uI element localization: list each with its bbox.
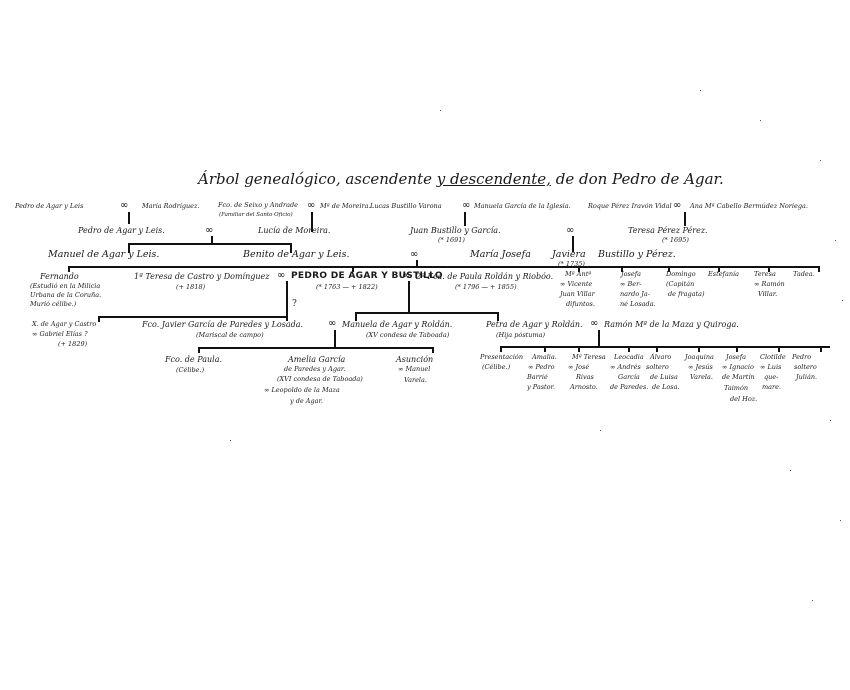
title-part-c: de don Pedro de Agar. (556, 170, 724, 188)
connector (286, 281, 288, 321)
connector (500, 346, 830, 348)
grandchild-note: Varela. (404, 377, 427, 385)
sibling-note: ∞ Ber- (620, 281, 641, 289)
grandchild-note: ∞ Ignacio (722, 364, 754, 372)
child-x-agar-castro: X. de Agar y Castro (32, 321, 96, 329)
sibling-tadea: Tadea. (793, 271, 815, 279)
marriage-symbol: ∞ (277, 271, 285, 281)
grandchild-note: ∞ Pedro (528, 364, 555, 372)
sibling-fernando-note-3: Murió célibe.) (30, 301, 76, 309)
ancestor-manuela-garcia: Manuela García de la Iglesia. (474, 203, 571, 211)
genealogy-page: Árbol genealógico, ascendente y descende… (0, 0, 850, 690)
grandchild-note: del Hoz. (730, 396, 757, 404)
grandchild-clotilde: Clotilde (760, 354, 786, 362)
title-part-a: Árbol genealógico, ascendente (198, 170, 432, 188)
sibling-note: de fragata) (668, 291, 705, 299)
scan-speck (790, 470, 791, 471)
grandchild-note: (XVI condesa de Taboada) (277, 376, 363, 384)
scan-speck (700, 90, 701, 91)
sibling-domingo: Domingo (666, 271, 696, 279)
grandchild-note: Taimón (724, 385, 748, 393)
connector (698, 346, 700, 352)
connector (198, 347, 200, 353)
grandchild-note: (Célibe.) (176, 367, 204, 375)
grandchild-note: ∞ Manuel (398, 366, 430, 374)
connector (128, 243, 291, 245)
marriage-symbol: ∞ (410, 250, 418, 260)
marriage-symbol: ∞ (120, 201, 128, 211)
grandchild-note: Varela. (690, 374, 713, 382)
scan-speck (830, 420, 831, 421)
connector (128, 212, 130, 224)
grandchild-pedro: Pedro (792, 354, 811, 362)
ancestor-seixo-note: (Familiar del Santo Oficio) (219, 212, 293, 218)
connector (334, 330, 336, 348)
scan-speck (600, 430, 601, 431)
marriage-symbol: ∞ (590, 319, 598, 329)
grandchild-note: de Martín (722, 374, 755, 382)
grandparent-teresa-perez-date: (* 1695) (662, 237, 689, 245)
grandparent-lucia-moreira: Lucía de Moreira. (258, 226, 330, 235)
grandchild-amalia: Amalia. (532, 354, 557, 362)
grandchild-note: ∞ Andrés (610, 364, 641, 372)
grandchild-note: de Luisa (650, 374, 678, 382)
grandchild-note: ∞ Jesús (688, 364, 713, 372)
daughter-manuela-note: (XV condesa de Taboada) (366, 332, 449, 340)
ancestor-lucas-bustillo: Lucas Bustillo Varona (370, 203, 442, 211)
daughter-petra-agar-roldan: Petra de Agar y Roldán. (486, 320, 583, 329)
grandchild-note: soltero (794, 364, 817, 372)
marriage-symbol: ∞ (566, 226, 574, 236)
unknown-child-marker: ? (292, 299, 297, 309)
grandparent-teresa-perez: Teresa Pérez Pérez. (628, 226, 708, 235)
scan-speck (760, 120, 761, 121)
connector (778, 346, 780, 352)
grandchild-note: de Paredes. (610, 384, 648, 392)
grandchild-note: y Pastor. (527, 384, 555, 392)
scan-speck (842, 300, 843, 301)
parent-maria-josefa: María Josefa (470, 250, 531, 260)
grandchild-josefa: Josefa (726, 354, 746, 362)
ancestor-ana-cabello: Ana Mª Cabello Bermúdez Noriega. (690, 203, 808, 211)
grandchild-note: y de Agar. (290, 398, 323, 406)
sibling-maria-antonia: Mª Antª (565, 271, 591, 279)
connector (628, 346, 630, 352)
connector (598, 330, 600, 347)
marriage-symbol: ∞ (402, 271, 410, 281)
grandchild-note: Julián. (796, 374, 817, 382)
sibling-note: né Losada. (620, 301, 656, 309)
connector (820, 346, 822, 352)
grandchild-note: que- (764, 374, 778, 382)
child-x-date: (+ 1829) (58, 341, 87, 349)
second-wife-francisca-roldan: 2ª Fca. de Paula Roldán y Riobóo. (416, 272, 553, 281)
grandchild-note: García (618, 374, 640, 382)
connector (68, 266, 820, 268)
scan-speck (840, 520, 841, 521)
title-part-b: y descendente, (437, 170, 551, 188)
sibling-fernando-note-1: (Estudió en la Milicia (30, 283, 100, 291)
connector (544, 346, 546, 352)
grandchild-note: (Célibe.) (482, 364, 510, 372)
parent-javiera: Javiera (552, 250, 586, 260)
scan-speck (820, 160, 821, 161)
uncle-benito-agar-leis: Benito de Agar y Leis. (243, 250, 349, 260)
connector (355, 312, 498, 314)
daughter-manuela-agar-roldan: Manuela de Agar y Roldán. (342, 320, 452, 329)
son-in-law-ramon-maza: Ramón Mª de la Maza y Quiroga. (604, 320, 739, 329)
connector (98, 316, 100, 322)
grandchild-note: soltero (646, 364, 669, 372)
subject-pedro-dates: (* 1763 — + 1822) (316, 284, 378, 292)
sibling-note: nardo Ja- (620, 291, 650, 299)
son-in-law-javier-garcia-paredes: Fco. Javier García de Paredes y Losada. (142, 320, 303, 329)
sibling-note: ∞ Vicente (560, 281, 592, 289)
scan-speck (230, 440, 231, 441)
sibling-note: (Capitán (666, 281, 694, 289)
sibling-note: ∞ Ramón (754, 281, 785, 289)
son-in-law-note: (Mariscal de campo) (196, 332, 264, 340)
grandchild-alvaro: Álvaro (650, 354, 671, 362)
first-wife-teresa-castro: 1ª Teresa de Castro y Domínguez (134, 272, 269, 281)
grandchild-note: ∞ Leopoldo de la Maza (264, 387, 340, 395)
sibling-teresa: Teresa (754, 271, 776, 279)
second-wife-dates: (* 1796 — + 1855) (455, 284, 517, 292)
grandchild-note: de Losa. (652, 384, 680, 392)
scan-speck (440, 110, 441, 111)
scan-speck (812, 600, 813, 601)
marriage-symbol: ∞ (462, 201, 470, 211)
tree-title: Árbol genealógico, ascendente y descende… (198, 170, 724, 188)
grandchild-asuncion: Asunción (396, 355, 433, 364)
connector (736, 346, 738, 352)
grandparent-pedro-agar-leis: Pedro de Agar y Leis. (78, 226, 165, 235)
ancestor-roque-perez: Roque Pérez Iravón Vidal (588, 203, 672, 211)
grandchild-note: ∞ Luis (760, 364, 781, 372)
scan-speck (835, 240, 836, 241)
grandchild-note: Arnosto. (570, 384, 598, 392)
sibling-estefania: Estefanía (708, 271, 739, 279)
connector (464, 212, 466, 226)
grandchild-joaquina: Joaquina (685, 354, 714, 362)
grandparent-juan-bustillo-date: (* 1691) (438, 237, 465, 245)
grandchild-note: ∞ José (568, 364, 589, 372)
sibling-note: Juan Villar (560, 291, 595, 299)
sibling-fernando-note-2: Urbana de la Coruña. (30, 292, 101, 300)
grandchild-presentacion: Presentación (480, 354, 523, 362)
grandchild-leocadia: Leocadia (614, 354, 644, 362)
grandchild-note: Barrié (527, 374, 548, 382)
sibling-note: Villar. (758, 291, 777, 299)
child-x-spouse: ∞ Gabriel Elías ? (32, 331, 88, 339)
connector (578, 346, 580, 352)
sibling-josefa: Josefa (621, 271, 641, 279)
sibling-fernando: Fernando (40, 272, 79, 281)
sibling-note: difuntos. (566, 301, 595, 309)
grandchild-note: de Paredes y Agar. (284, 366, 345, 374)
marriage-symbol: ∞ (307, 201, 315, 211)
connector (818, 266, 820, 272)
grandparent-juan-bustillo: Juan Bustillo y García. (410, 226, 501, 235)
connector (684, 212, 686, 226)
parent-manuel-agar-leis: Manuel de Agar y Leis. (48, 250, 159, 260)
connector (656, 346, 658, 352)
grandchild-amelia-garcia: Amelia García (288, 355, 345, 364)
ancestor-seixo-andrade: Fco. de Seixo y Andrade (218, 202, 298, 210)
connector (432, 347, 434, 353)
marriage-symbol: ∞ (673, 201, 681, 211)
grandchild-note: Rivas (576, 374, 594, 382)
ancestor-maria-rodriguez: María Rodríguez. (142, 203, 200, 211)
connector (98, 316, 288, 318)
connector (408, 281, 410, 303)
grandchild-note: mare. (762, 384, 781, 392)
ancestor-pedro-agar-leis-senior: Pedro de Agar y Leis (15, 203, 83, 211)
first-wife-date: (+ 1818) (176, 284, 205, 292)
connector (408, 303, 410, 313)
grandchild-francisco-paula: Fco. de Paula. (165, 355, 222, 364)
connector (500, 346, 502, 352)
parent-bustillo-perez: Bustillo y Pérez. (598, 250, 676, 260)
marriage-symbol: ∞ (205, 226, 213, 236)
connector (198, 347, 434, 349)
daughter-petra-note: (Hija póstuma) (496, 332, 545, 340)
ancestor-moreira: Mª de Moreira. (320, 203, 371, 211)
marriage-symbol: ∞ (328, 319, 336, 329)
grandchild-maria-teresa: Mª Teresa (572, 354, 606, 362)
